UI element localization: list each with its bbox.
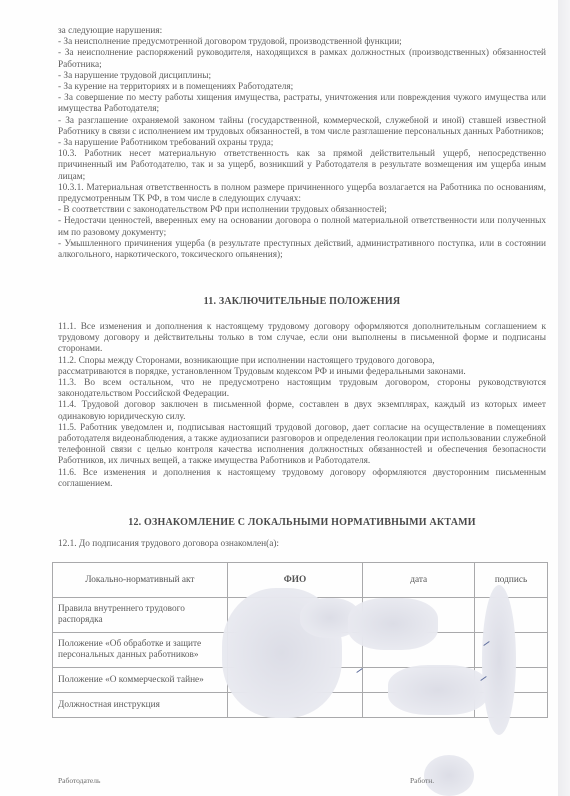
- paragraph: рассматриваются в порядке, установленном…: [58, 367, 546, 378]
- act-name: Положение «Об обработке и защите персона…: [53, 633, 228, 668]
- paragraph: 11.5. Работник уведомлен и, подписывая н…: [58, 423, 546, 468]
- paragraph: - За нарушение Работником требований охр…: [58, 138, 546, 149]
- paragraph: - За нарушение трудовой дисциплины;: [58, 71, 546, 82]
- act-name: Положение «О коммерческой тайне»: [53, 668, 228, 693]
- section-11-text: 11.1. Все изменения и дополнения к насто…: [58, 322, 546, 490]
- section-12-intro: 12.1. До подписания трудового договора о…: [58, 539, 546, 550]
- paragraph: - Недостачи ценностей, вверенных ему на …: [58, 216, 546, 238]
- column-header-date: дата: [363, 563, 475, 598]
- column-header-act: Локально-нормативный акт: [53, 563, 228, 598]
- section-10-text: за следующие нарушения: - За неисполнени…: [58, 26, 546, 261]
- paragraph: - За неисполнение распоряжений руководит…: [58, 48, 546, 70]
- paragraph: - За разглашение охраняемой законом тайн…: [58, 116, 546, 138]
- redaction-blob: [348, 598, 438, 650]
- employee-signature-label: Работн.: [410, 776, 434, 785]
- paragraph: за следующие нарушения:: [58, 26, 546, 37]
- paragraph: 11.1. Все изменения и дополнения к насто…: [58, 322, 546, 356]
- paragraph: 10.3.1. Материальная ответственность в п…: [58, 183, 546, 205]
- paragraph: - Умышленного причинения ущерба (в резул…: [58, 239, 546, 261]
- employer-signature-label: Работодатель: [58, 776, 100, 785]
- paragraph: - За неисполнение предусмотренной догово…: [58, 37, 546, 48]
- paragraph: 11.3. Во всем остальном, что не предусмо…: [58, 378, 546, 400]
- page-edge: [558, 0, 570, 796]
- paragraph: 11.4. Трудовой договор заключен в письме…: [58, 400, 546, 422]
- paragraph: 11.2. Споры между Сторонами, возникающие…: [58, 356, 546, 367]
- column-header-signature: подпись: [475, 563, 548, 598]
- redaction-blob: [388, 665, 488, 715]
- act-name: Правила внутреннего трудового распорядка: [53, 598, 228, 633]
- act-name: Должностная инструкция: [53, 693, 228, 718]
- paragraph: 11.6. Все изменения и дополнения к насто…: [58, 468, 546, 490]
- paragraph: 10.3. Работник несет материальную ответс…: [58, 149, 546, 183]
- paragraph: - В соответствии с законодательством РФ …: [58, 205, 546, 216]
- paragraph: - За совершение по месту работы хищения …: [58, 93, 546, 115]
- section-11-heading: 11. ЗАКЛЮЧИТЕЛЬНЫЕ ПОЛОЖЕНИЯ: [58, 296, 546, 307]
- section-12-heading: 12. ОЗНАКОМЛЕНИЕ С ЛОКАЛЬНЫМИ НОРМАТИВНЫ…: [58, 517, 546, 528]
- redaction-blob: [482, 585, 516, 735]
- paragraph: - За курение на территориях и в помещени…: [58, 82, 546, 93]
